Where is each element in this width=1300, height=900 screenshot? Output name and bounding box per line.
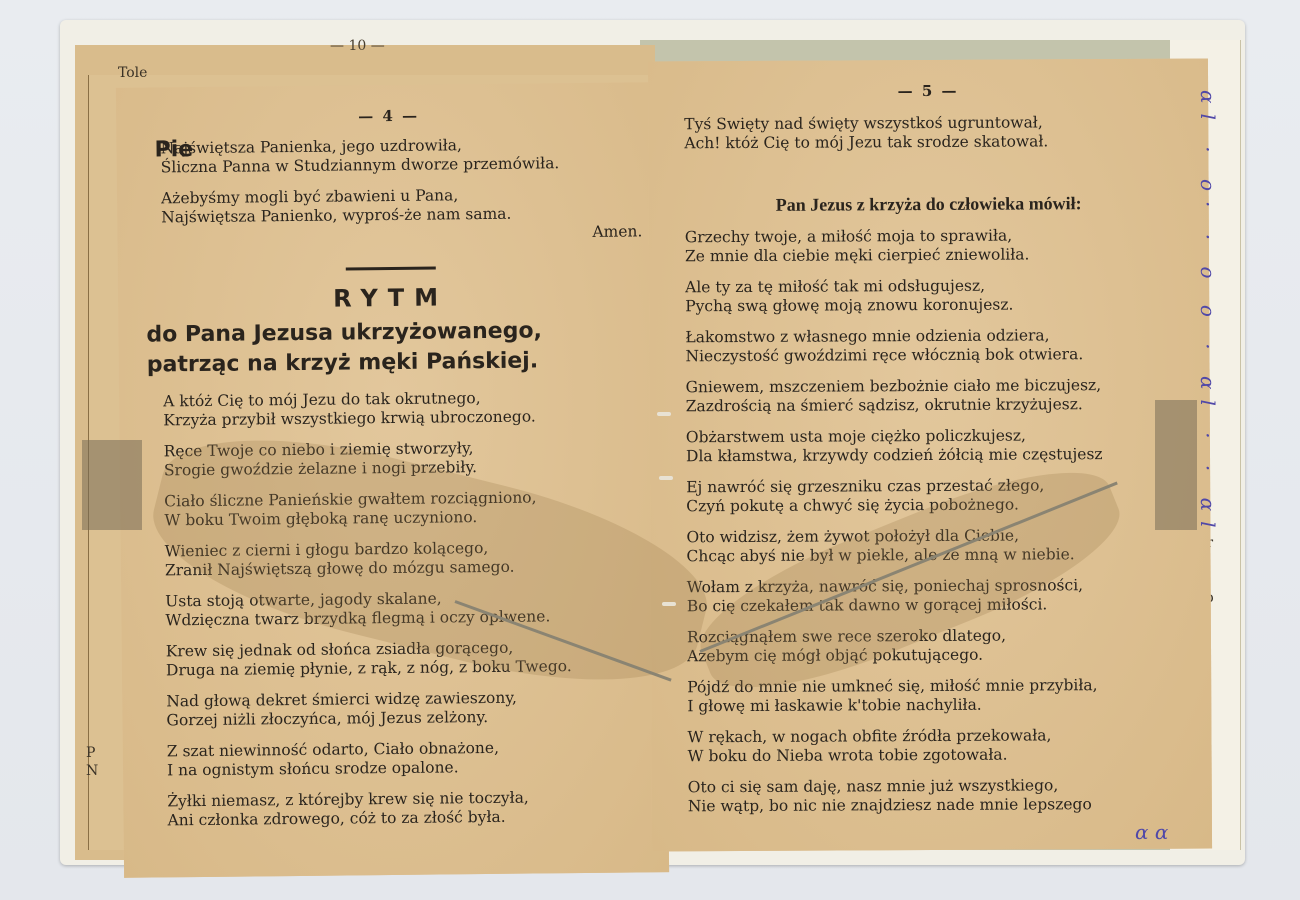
verse-line: Ach! któż Cię to mój Jezu tak srodze ska… (684, 132, 1208, 154)
tape-patch (1155, 400, 1197, 530)
fragment-heading: Pie (154, 137, 193, 162)
section-subtitle: patrząc na krzyż męki Pańskiej. (119, 345, 664, 381)
page-number-right: — 5 — (648, 81, 1208, 102)
binding-stitch (657, 412, 671, 416)
under-page-fragment: Tole (118, 65, 147, 81)
section-heading: Pan Jezus z krzyża do człowieka mówił: (649, 193, 1209, 217)
verse-line: Dla kłamstwa, krzywdy codzień żółcią mie… (686, 445, 1210, 467)
verse-line: I na ognistym słońcu srodze opalone. (167, 756, 668, 780)
margin-fragment-left: P (86, 745, 95, 761)
right-page: — 5 — Tyś Swięty nad święty wszystkoś ug… (648, 59, 1212, 852)
margin-fragment-left: N (86, 763, 98, 779)
verse-line: Śliczna Panna w Studziannym dworze przem… (161, 153, 662, 177)
verse-line: Pychą swą głowę moją znowu koronujesz. (685, 295, 1209, 317)
handwritten-note-margin: ɑl · ο· · ο ο · ɑl · · ɑl (1196, 90, 1220, 538)
verse-line: Nieczystość gwoździmi ręce włócznią bok … (685, 345, 1209, 367)
binding-stitch (659, 476, 673, 480)
section-title: RYTM (118, 281, 663, 315)
tape-patch (82, 440, 142, 530)
section-divider (345, 267, 435, 271)
verse-line: Ze mnie dla ciebie męki cierpieć zniewol… (685, 245, 1209, 267)
verse-line: Nie wątp, bo nic nie znajdziesz nade mni… (688, 795, 1212, 817)
binding-stitch (662, 602, 676, 606)
page-number-left: — 4 — (116, 104, 661, 128)
stanza: Ażebyśmy mogli być zbawieni u Pana, Najś… (161, 184, 662, 227)
handwritten-note-bottom: ɑ ɑ (1135, 820, 1168, 844)
verse-line: Ani członka zdrowego, cóż to za złość by… (167, 806, 668, 830)
under-page-number: — 10 — (330, 38, 385, 54)
verse-line: W boku do Nieba wrota tobie zgotowała. (688, 745, 1212, 767)
verse-line: I głowę mi łaskawie k'tobie nachyliła. (687, 695, 1211, 717)
stanza: Najświętsza Panienka, jego uzdrowiła, Śl… (160, 134, 661, 177)
verse-line: Gorzej niżli złoczyńca, mój Jezus zelżon… (166, 706, 667, 730)
verse-line: Krzyża przybił wszystkiego krwią ubroczo… (163, 406, 664, 430)
verse-line: Zazdrością na śmierć sądzisz, okrutnie k… (686, 395, 1210, 417)
